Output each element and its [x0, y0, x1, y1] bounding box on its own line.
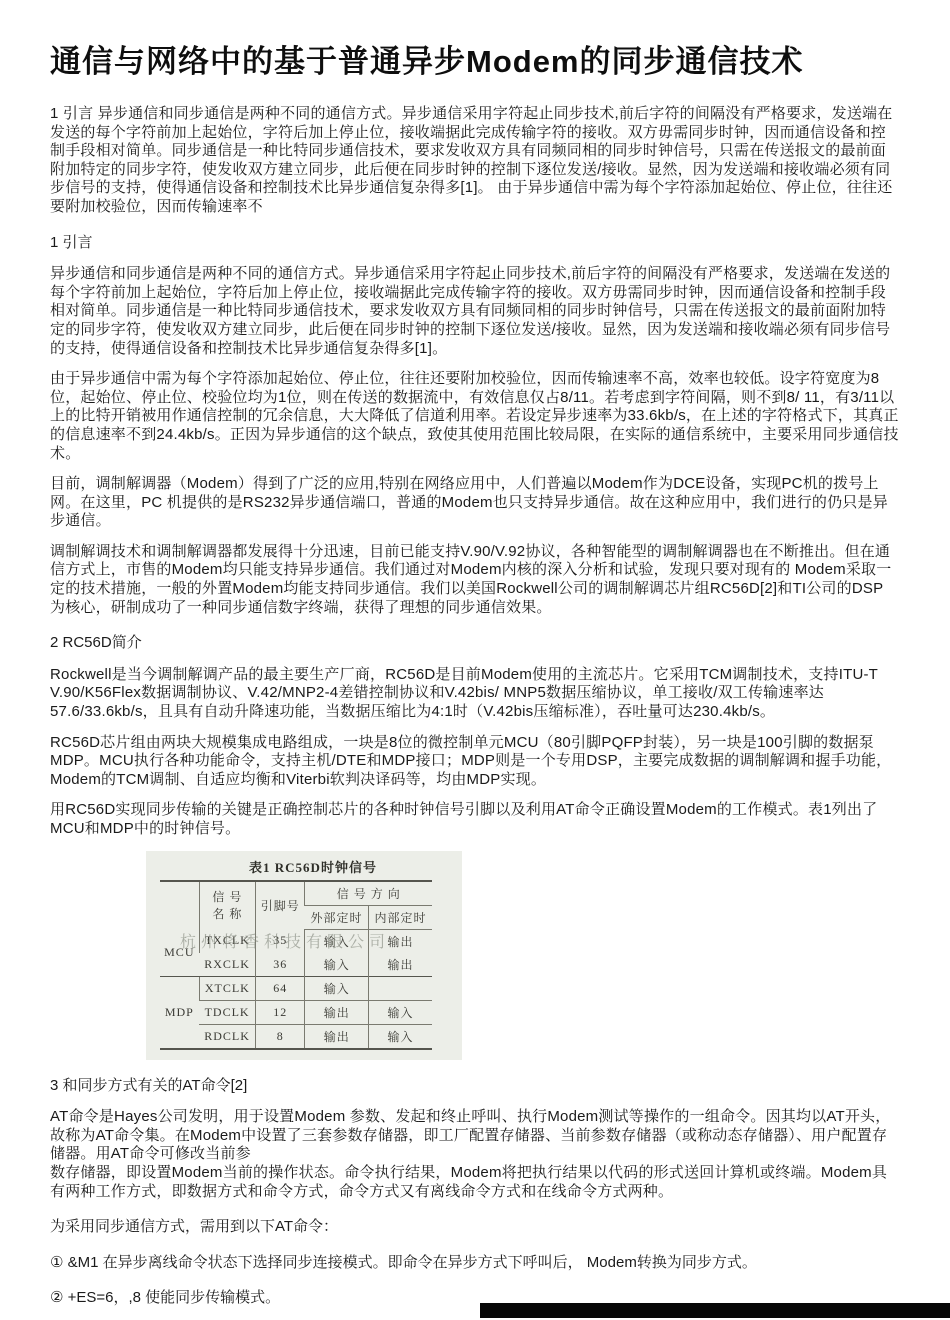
section-heading-at-commands: 3 和同步方式有关的AT命令[2]: [50, 1077, 900, 1096]
clock-signal-table-figure: 表1 RC56D时钟信号 信 号 名 称 引脚号 信 号 方 向 外部定时 内部…: [146, 851, 462, 1060]
bottom-black-bar: [480, 1303, 950, 1318]
table-cell: [368, 976, 432, 1000]
table-cell: 输出: [305, 1024, 369, 1049]
table-group-mcu: MCU: [160, 929, 199, 976]
paragraph-at-command-lead: 为采用同步通信方式，需用到以下AT命令：: [50, 1218, 900, 1237]
paragraph: 数存储器，即设置Modem当前的操作状态。命令执行结果，Modem将把执行结果以…: [50, 1164, 900, 1201]
table-caption: 表1 RC56D时钟信号: [172, 857, 454, 876]
table-cell: XTCLK: [199, 976, 255, 1000]
table-cell: RDCLK: [199, 1024, 255, 1049]
page-title: 通信与网络中的基于普通异步Modem的同步通信技术: [50, 36, 900, 81]
table-cell: 输出: [305, 1000, 369, 1024]
table-cell: 输入: [305, 929, 369, 953]
table-cell: 输入: [305, 953, 369, 977]
at-command-item-1: ① &M1 在异步离线命令状态下选择同步连接模式。即命令在异步方式下呼叫后， M…: [50, 1254, 900, 1273]
intro-paragraph: 1 引言 异步通信和同步通信是两种不同的通信方式。异步通信采用字符起止同步技术,…: [50, 105, 900, 217]
table-cell: 35: [256, 929, 305, 953]
paragraph: Rockwell是当今调制解调产品的最主要生产厂商，RC56D是目前Modem使…: [50, 666, 900, 722]
table-cell: 输出: [368, 953, 432, 977]
paragraph: 目前，调制解调器（Modem）得到了广泛的应用,特别在网络应用中，人们普遍以Mo…: [50, 475, 900, 531]
table-cell: 36: [256, 953, 305, 977]
paragraph: 由于异步通信中需为每个字符添加起始位、停止位，往往还要附加校验位，因而传输速率不…: [50, 370, 900, 463]
article-content: 通信与网络中的基于普通异步Modem的同步通信技术 1 引言 异步通信和同步通信…: [0, 0, 950, 1308]
table-cell: 64: [256, 976, 305, 1000]
section-heading-introduction: 1 引言: [50, 234, 900, 253]
table-cell: 输入: [368, 1024, 432, 1049]
table-header-signal: 信 号 名 称: [199, 881, 255, 930]
table-header-cell: [160, 881, 199, 930]
table-cell: 输入: [305, 976, 369, 1000]
table-cell: 输入: [368, 1000, 432, 1024]
paragraph: 用RC56D实现同步传输的关键是正确控制芯片的各种时钟信号引脚以及利用AT命令正…: [50, 801, 900, 838]
section-heading-rc56d: 2 RC56D简介: [50, 634, 900, 653]
paragraph: RC56D芯片组由两块大规模集成电路组成，一块是8位的微控制单元MCU（80引脚…: [50, 734, 900, 790]
paragraph: 调制解调技术和调制解调器都发展得十分迅速，目前已能支持V.90/V.92协议，各…: [50, 543, 900, 617]
paragraph: AT命令是Hayes公司发明，用于设置Modem 参数、发起和终止呼叫、执行Mo…: [50, 1108, 900, 1164]
table-cell: 8: [256, 1024, 305, 1049]
table-header-pin: 引脚号: [256, 881, 305, 930]
table-group-mdp: MDP: [160, 976, 199, 1049]
table-cell: 12: [256, 1000, 305, 1024]
clock-signal-table: 信 号 名 称 引脚号 信 号 方 向 外部定时 内部定时 MCU TXCLK …: [160, 880, 432, 1050]
table-header-signal-line2: 名 称: [212, 907, 242, 921]
table-header-direction: 信 号 方 向: [305, 881, 432, 906]
table-cell: TXCLK: [199, 929, 255, 953]
table-cell: TDCLK: [199, 1000, 255, 1024]
table-header-internal: 内部定时: [368, 905, 432, 929]
table-header-signal-line1: 信 号: [212, 890, 242, 904]
paragraph: 异步通信和同步通信是两种不同的通信方式。异步通信采用字符起止同步技术,前后字符的…: [50, 265, 900, 358]
table-cell: RXCLK: [199, 953, 255, 977]
table-header-external: 外部定时: [305, 905, 369, 929]
table-cell: 输出: [368, 929, 432, 953]
document-page: 通信与网络中的基于普通异步Modem的同步通信技术 1 引言 异步通信和同步通信…: [0, 0, 950, 1320]
